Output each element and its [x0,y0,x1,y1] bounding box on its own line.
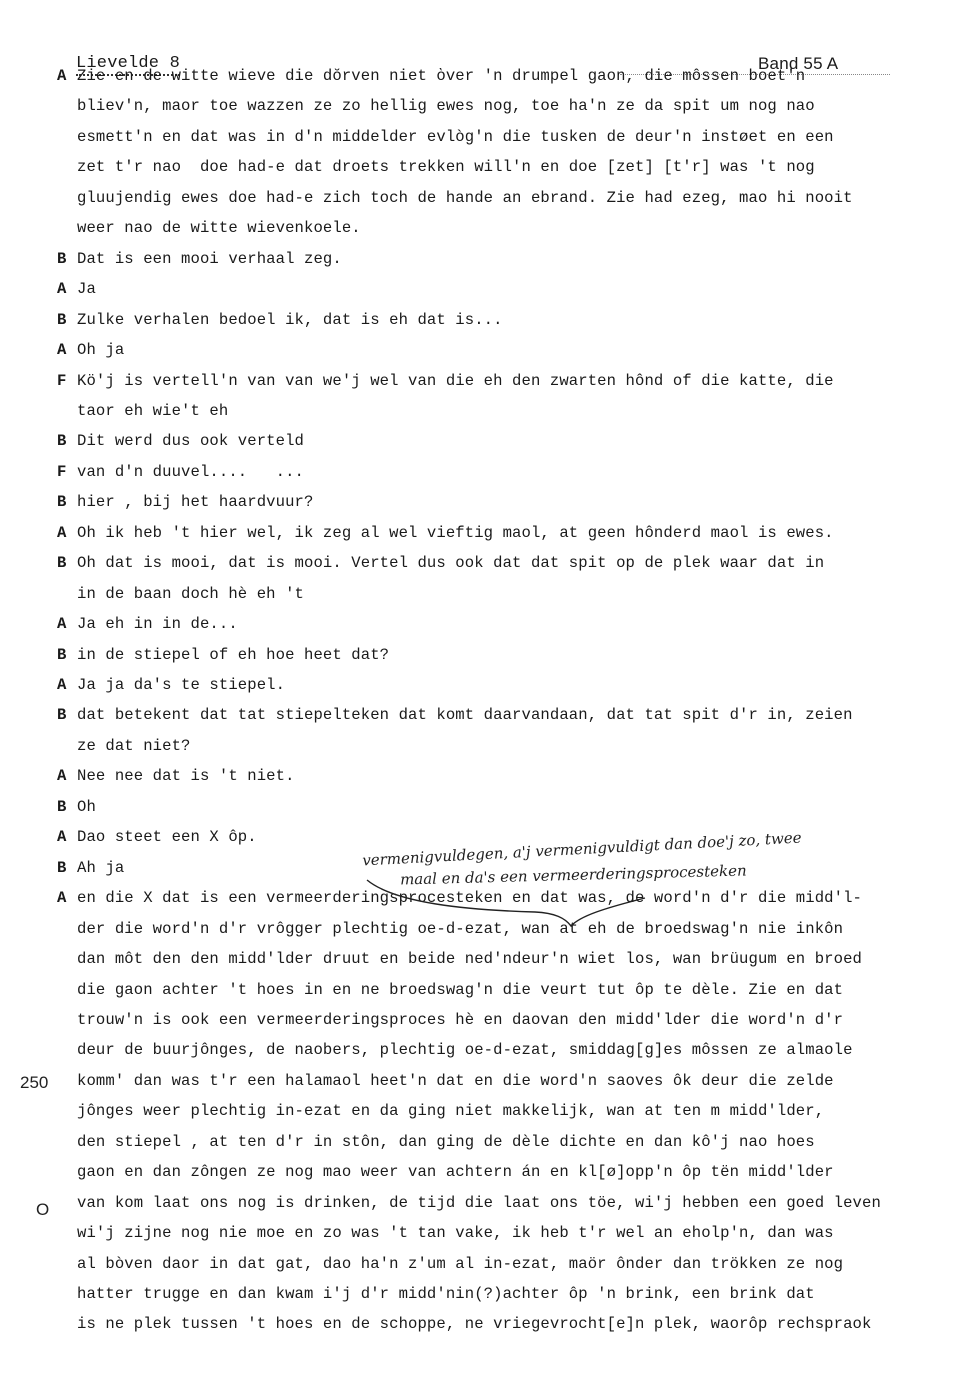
transcript-text: Oh ja [77,341,124,359]
speaker-label: A [57,66,77,86]
speaker-turn: ADao steet een X ôp. [57,827,257,847]
turn-continuation-line: esmett'n en dat was in d'n middelder evl… [77,127,834,147]
transcript-text: hatter trugge en dan kwam i'j d'r midd'n… [77,1285,815,1303]
turn-continuation-line: komm' dan was t'r een halamaol heet'n da… [77,1071,834,1091]
speaker-turn: AJa ja da's te stiepel. [57,675,285,695]
speaker-turn: BOh dat is mooi, dat is mooi. Vertel dus… [57,553,824,573]
transcript-text: taor eh wie't eh [77,402,228,420]
speaker-label: B [57,492,77,512]
speaker-label: B [57,645,77,665]
transcript-text: Oh ik heb 't hier wel, ik zeg al wel vie… [77,524,834,542]
transcript-text: Ja eh in in de... [77,615,238,633]
speaker-turn: BAh ja [57,858,124,878]
transcript-text: deur de buurjônges, de naobers, plechtig… [77,1041,853,1059]
speaker-turn: Bdat betekent dat tat stiepelteken dat k… [57,705,853,725]
speaker-label: B [57,858,77,878]
transcript-text: in de stiepel of eh hoe heet dat? [77,646,389,664]
turn-continuation-line: van kom laat ons nog is drinken, de tijd… [77,1193,881,1213]
speaker-label: A [57,614,77,634]
turn-continuation-line: die gaon achter 't hoes in en ne broedsw… [77,980,843,1000]
transcript-text: trouw'n is ook een vermeerderingsproces … [77,1011,843,1029]
speaker-turn: AOh ik heb 't hier wel, ik zeg al wel vi… [57,523,834,543]
turn-continuation-line: is ne plek tussen 't hoes en de schoppe,… [77,1314,871,1334]
transcript-text: in de baan doch hè eh 't [77,585,304,603]
speaker-label: A [57,675,77,695]
turn-continuation-line: weer nao de witte wievenkoele. [77,218,361,238]
transcript-text: gaon en dan zôngen ze nog mao weer van a… [77,1163,834,1181]
transcript-text: jônges weer plechtig in-ezat en da ging … [77,1102,824,1120]
margin-circle-mark: O [36,1200,49,1220]
transcript-text: Zie en de witte wieve die dŏrven niet ὸv… [77,67,805,85]
transcript-text: gluujendig ewes doe had-e zich toch de h… [77,189,853,207]
turn-continuation-line: jônges weer plechtig in-ezat en da ging … [77,1101,824,1121]
transcript-text: esmett'n en dat was in d'n middelder evl… [77,128,834,146]
turn-continuation-line: al bòven daor in dat gat, dao ha'n z'um … [77,1254,843,1274]
transcript-text: van kom laat ons nog is drinken, de tijd… [77,1194,881,1212]
speaker-label: F [57,462,77,482]
speaker-label: A [57,766,77,786]
transcript-text: Ah ja [77,859,124,877]
turn-continuation-line: den stiepel , at ten d'r in stôn, dan gi… [77,1132,815,1152]
turn-continuation-line: gluujendig ewes doe had-e zich toch de h… [77,188,853,208]
speaker-label: A [57,523,77,543]
speaker-turn: AJa [57,279,96,299]
speaker-label: A [57,827,77,847]
speaker-turn: FKö'j is vertell'n van van we'j wel van … [57,371,834,391]
speaker-turn: AOh ja [57,340,124,360]
speaker-turn: BDit werd dus ook verteld [57,431,304,451]
transcript-text: den stiepel , at ten d'r in stôn, dan gi… [77,1133,815,1151]
transcript-text: Zulke verhalen bedoel ik, dat is eh dat … [77,311,503,329]
speaker-turn: ANee nee dat is 't niet. [57,766,295,786]
transcript-text: bliev'n, maor toe wazzen ze zo hellig ew… [77,97,815,115]
transcript-text: Ja [77,280,96,298]
speaker-turn: Bin de stiepel of eh hoe heet dat? [57,645,389,665]
speaker-label: B [57,797,77,817]
speaker-label: F [57,371,77,391]
speaker-label: B [57,553,77,573]
typescript-page: Lievelde 8 Band 55 A AZie en de witte wi… [0,0,973,1391]
transcript-text: dan môt den den midd'lder druut en beide… [77,950,862,968]
speaker-label: B [57,249,77,269]
turn-continuation-line: bliev'n, maor toe wazzen ze zo hellig ew… [77,96,815,116]
speaker-label: A [57,888,77,908]
transcript-text: Dit werd dus ook verteld [77,432,304,450]
transcript-text: die gaon achter 't hoes in en ne broedsw… [77,981,843,999]
transcript-text: wi'j zijne nog nie moe en zo was 't tan … [77,1224,834,1242]
turn-continuation-line: ze dat niet? [77,736,191,756]
transcript-text: van d'n duuvel.... ... [77,463,304,481]
turn-continuation-line: dan môt den den midd'lder druut en beide… [77,949,862,969]
transcript-text: Kö'j is vertell'n van van we'j wel van d… [77,372,834,390]
annotation-pointer-stroke [365,878,665,928]
transcript-text: Oh dat is mooi, dat is mooi. Vertel dus … [77,554,824,572]
turn-continuation-line: zet t'r nao doe had-e dat droets trekken… [77,157,815,177]
turn-continuation-line: deur de buurjônges, de naobers, plechtig… [77,1040,853,1060]
transcript-text: weer nao de witte wievenkoele. [77,219,361,237]
speaker-turn: AJa eh in in de... [57,614,238,634]
speaker-turn: AZie en de witte wieve die dŏrven niet ὸ… [57,66,805,86]
transcript-text: hier , bij het haardvuur? [77,493,313,511]
speaker-label: B [57,310,77,330]
transcript-text: zet t'r nao doe had-e dat droets trekken… [77,158,815,176]
speaker-label: A [57,340,77,360]
transcript-text: al bòven daor in dat gat, dao ha'n z'um … [77,1255,843,1273]
transcript-text: Ja ja da's te stiepel. [77,676,285,694]
turn-continuation-line: wi'j zijne nog nie moe en zo was 't tan … [77,1223,834,1243]
speaker-turn: Fvan d'n duuvel.... ... [57,462,304,482]
speaker-label: B [57,431,77,451]
turn-continuation-line: taor eh wie't eh [77,401,228,421]
transcript-text: komm' dan was t'r een halamaol heet'n da… [77,1072,834,1090]
transcript-text: dat betekent dat tat stiepelteken dat ko… [77,706,853,724]
turn-continuation-line: gaon en dan zôngen ze nog mao weer van a… [77,1162,834,1182]
speaker-turn: Bhier , bij het haardvuur? [57,492,313,512]
transcript-text: is ne plek tussen 't hoes en de schoppe,… [77,1315,871,1333]
turn-continuation-line: trouw'n is ook een vermeerderingsproces … [77,1010,843,1030]
speaker-turn: BDat is een mooi verhaal zeg. [57,249,342,269]
transcript-text: Dao steet een X ôp. [77,828,257,846]
speaker-turn: BZulke verhalen bedoel ik, dat is eh dat… [57,310,503,330]
speaker-label: B [57,705,77,725]
speaker-turn: BOh [57,797,96,817]
transcript-text: Dat is een mooi verhaal zeg. [77,250,342,268]
turn-continuation-line: hatter trugge en dan kwam i'j d'r midd'n… [77,1284,815,1304]
transcript-text: Nee nee dat is 't niet. [77,767,295,785]
speaker-label: A [57,279,77,299]
transcript-text: ze dat niet? [77,737,191,755]
margin-line-number: 250 [20,1073,48,1093]
transcript-text: Oh [77,798,96,816]
turn-continuation-line: in de baan doch hè eh 't [77,584,304,604]
